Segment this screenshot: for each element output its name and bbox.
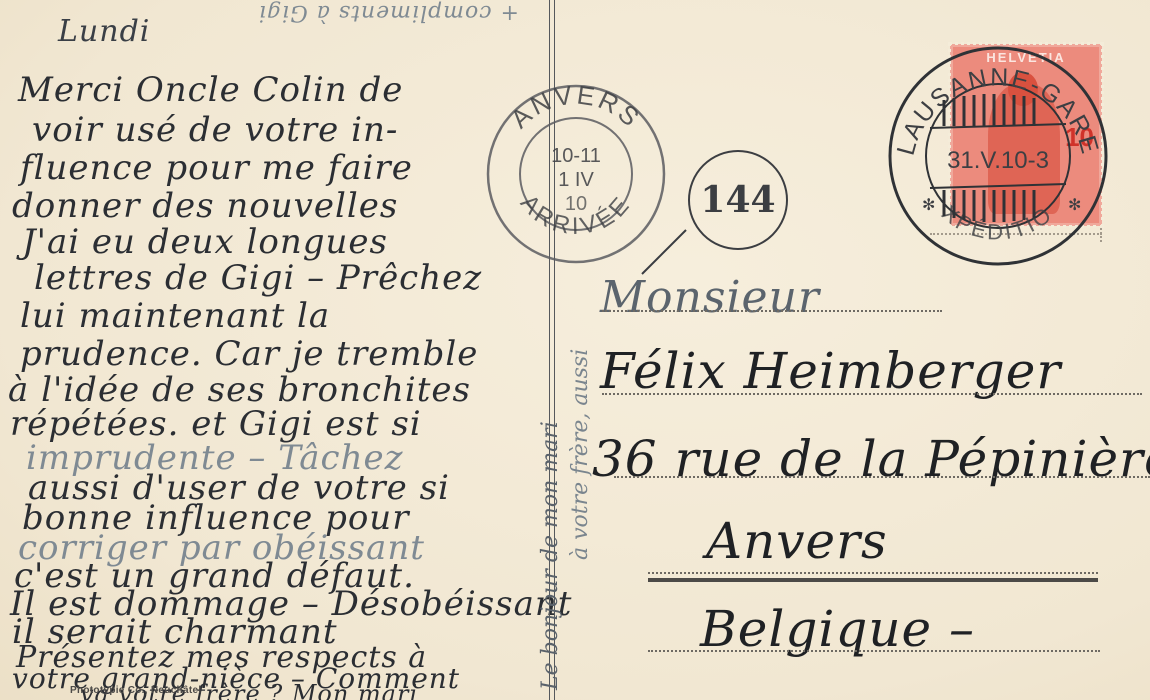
message-line: lettres de Gigi – Prêchez (34, 258, 482, 298)
message-line: J'ai eu deux longues (22, 222, 388, 262)
svg-text:31.V.10-3: 31.V.10-3 (947, 147, 1049, 174)
address-dotted-line (648, 572, 1098, 574)
postcard: + compliments à Gigi Lundi Merci Oncle C… (0, 0, 1150, 700)
svg-text:ANVERS: ANVERS (505, 80, 648, 134)
svg-text:✻: ✻ (922, 197, 935, 214)
message-salutation: Lundi (58, 14, 150, 49)
address-dotted-line (602, 393, 1142, 395)
printer-imprint: Phototypie Co., Neuchâtel (70, 685, 201, 696)
pen-stroke (640, 226, 690, 276)
message-line: fluence pour me faire (20, 148, 413, 188)
address-dotted-line (602, 310, 942, 312)
address-line-4: Anvers (706, 512, 888, 570)
address-dotted-line (648, 650, 1100, 652)
message-line: prudence. Car je tremble (20, 334, 478, 374)
departure-postmark: LAUSANNE-GARE EXPÉDITION 31.V.10-3 ✻ ✻ (882, 40, 1114, 272)
message-line: lui maintenant la (20, 296, 330, 336)
svg-text:10: 10 (565, 193, 587, 215)
address-line-3: 36 rue de la Pépinière (592, 430, 1150, 488)
svg-text:10-11: 10-11 (551, 145, 601, 167)
svg-text:1 IV: 1 IV (558, 169, 594, 191)
message-line: voir usé de votre in- (32, 110, 398, 150)
vertical-note: à votre frère, aussi (568, 349, 593, 560)
vertical-note: Le bonjour de mon mari (538, 421, 563, 690)
tax-mark: 144 (688, 150, 788, 250)
tax-mark-value: 144 (700, 179, 775, 221)
address-underline (648, 578, 1098, 582)
address-dotted-line (614, 476, 1150, 478)
message-line: donner des nouvelles (12, 186, 398, 226)
svg-text:✻: ✻ (1068, 197, 1081, 214)
upside-down-note: + compliments à Gigi (258, 0, 519, 25)
message-line: Merci Oncle Colin de (18, 70, 403, 110)
address-line-1: Monsieur (600, 272, 820, 323)
address-line-2: Félix Heimberger (600, 342, 1061, 400)
